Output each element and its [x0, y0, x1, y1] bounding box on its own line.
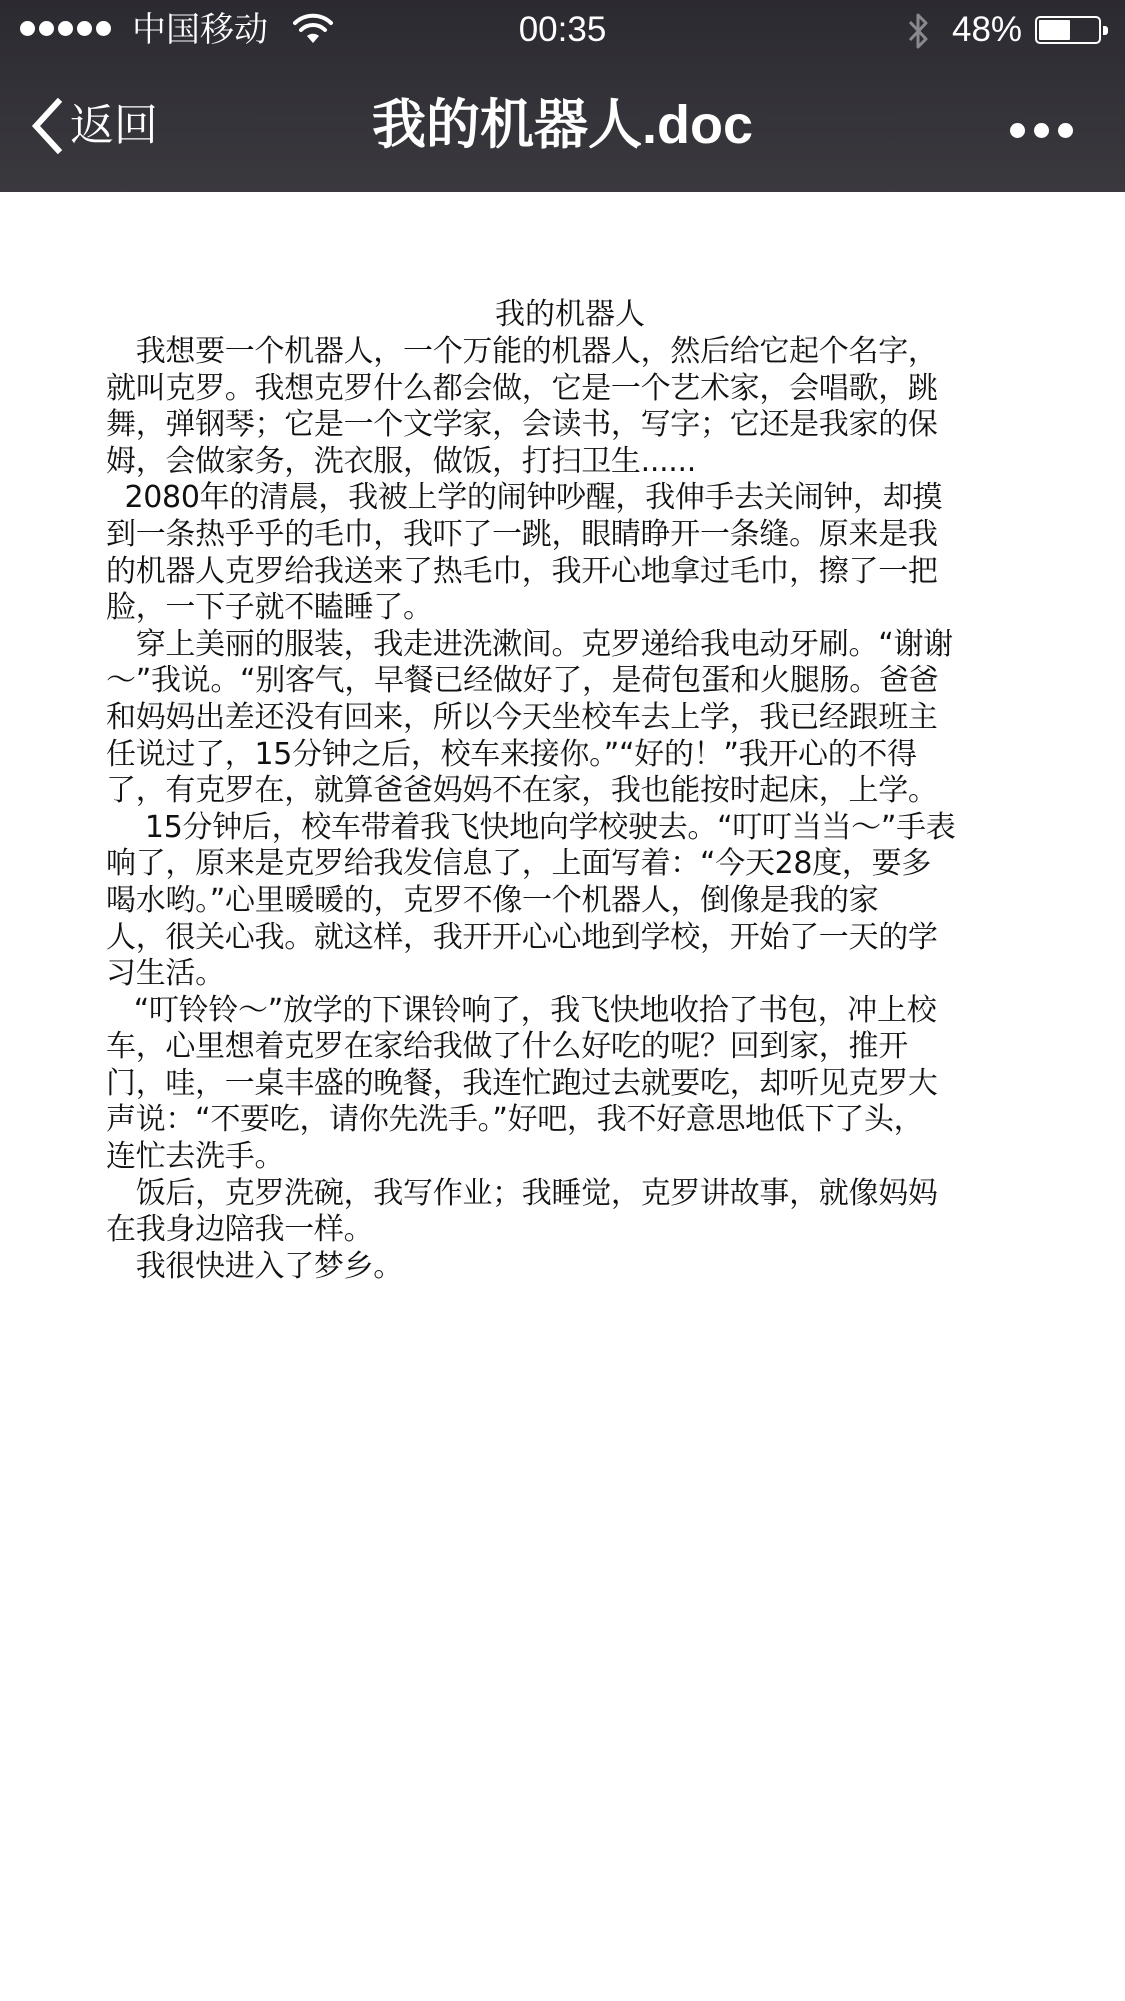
- document-line: “叮铃铃～”放学的下课铃响了，我飞快地收拾了书包，冲上校: [106, 993, 1026, 1030]
- document-line: 和妈妈出差还没有回来，所以今天坐校车去上学，我已经跟班主: [106, 700, 1026, 737]
- document-line: 人，很关心我。就这样，我开开心心地到学校，开始了一天的学: [106, 920, 1026, 957]
- document-line: 车，心里想着克罗在家给我做了什么好吃的呢？回到家，推开: [106, 1029, 1026, 1066]
- document-line: 穿上美丽的服装，我走进洗漱间。克罗递给我电动牙刷。“谢谢: [106, 627, 1026, 664]
- document-line: ～”我说。“别客气，早餐已经做好了，是荷包蛋和火腿肠。爸爸: [106, 663, 1026, 700]
- document-line: 到一条热乎乎的毛巾，我吓了一跳，眼睛睁开一条缝。原来是我: [106, 517, 1026, 554]
- document-line: 声说：“不要吃，请你先洗手。”好吧，我不好意思地低下了头，: [106, 1102, 1026, 1139]
- document-line: 我很快进入了梦乡。: [106, 1249, 1026, 1286]
- document-line: 2080年的清晨，我被上学的闹钟吵醒，我伸手去关闹钟，却摸: [106, 480, 1026, 517]
- top-chrome: 中国移动 00:35 48% 返回 我的机器人.doc: [0, 0, 1125, 192]
- document-line: 在我身边陪我一样。: [106, 1212, 1026, 1249]
- more-button[interactable]: [1010, 115, 1100, 145]
- document-line: 了，有克罗在，就算爸爸妈妈不在家，我也能按时起床，上学。: [106, 773, 1026, 810]
- document-line: 连忙去洗手。: [106, 1139, 1026, 1176]
- document-line: 15分钟后，校车带着我飞快地向学校驶去。“叮叮当当～”手表: [106, 810, 1026, 847]
- bluetooth-icon: [906, 11, 930, 51]
- document-line: 我想要一个机器人，一个万能的机器人，然后给它起个名字，: [106, 334, 1026, 371]
- document-line: 门，哇，一桌丰盛的晚餐，我连忙跑过去就要吃，却听见克罗大: [106, 1066, 1026, 1103]
- document-line: 响了，原来是克罗给我发信息了，上面写着：“今天28度，要多: [106, 846, 1026, 883]
- document-line: 习生活。: [106, 956, 1026, 993]
- document-body: 我的机器人 我想要一个机器人，一个万能的机器人，然后给它起个名字， 就叫克罗。我…: [106, 296, 1026, 1285]
- document-title: 我的机器人: [106, 296, 1026, 334]
- document-line: 舞，弹钢琴；它是一个文学家，会读书，写字；它还是我家的保: [106, 407, 1026, 444]
- nav-bar: 返回 我的机器人.doc: [0, 60, 1125, 192]
- document-line: 姆，会做家务，洗衣服，做饭，打扫卫生......: [106, 444, 1026, 481]
- document-line: 饭后，克罗洗碗，我写作业；我睡觉，克罗讲故事，就像妈妈: [106, 1176, 1026, 1213]
- document-line: 的机器人克罗给我送来了热毛巾，我开心地拿过毛巾，擦了一把: [106, 554, 1026, 591]
- battery-icon: [1035, 16, 1101, 44]
- document-line: 喝水哟。”心里暖暖的，克罗不像一个机器人，倒像是我的家: [106, 883, 1026, 920]
- page-title: 我的机器人.doc: [0, 90, 1125, 160]
- status-bar: 中国移动 00:35 48%: [0, 0, 1125, 60]
- more-ellipsis-icon: [1010, 123, 1025, 138]
- document-line: 脸，一下子就不瞌睡了。: [106, 590, 1026, 627]
- document-line: 任说过了，15分钟之后，校车来接你。”“好的！”我开心的不得: [106, 737, 1026, 774]
- battery-percent: 48%: [952, 9, 1022, 51]
- document-line: 就叫克罗。我想克罗什么都会做，它是一个艺术家，会唱歌，跳: [106, 371, 1026, 408]
